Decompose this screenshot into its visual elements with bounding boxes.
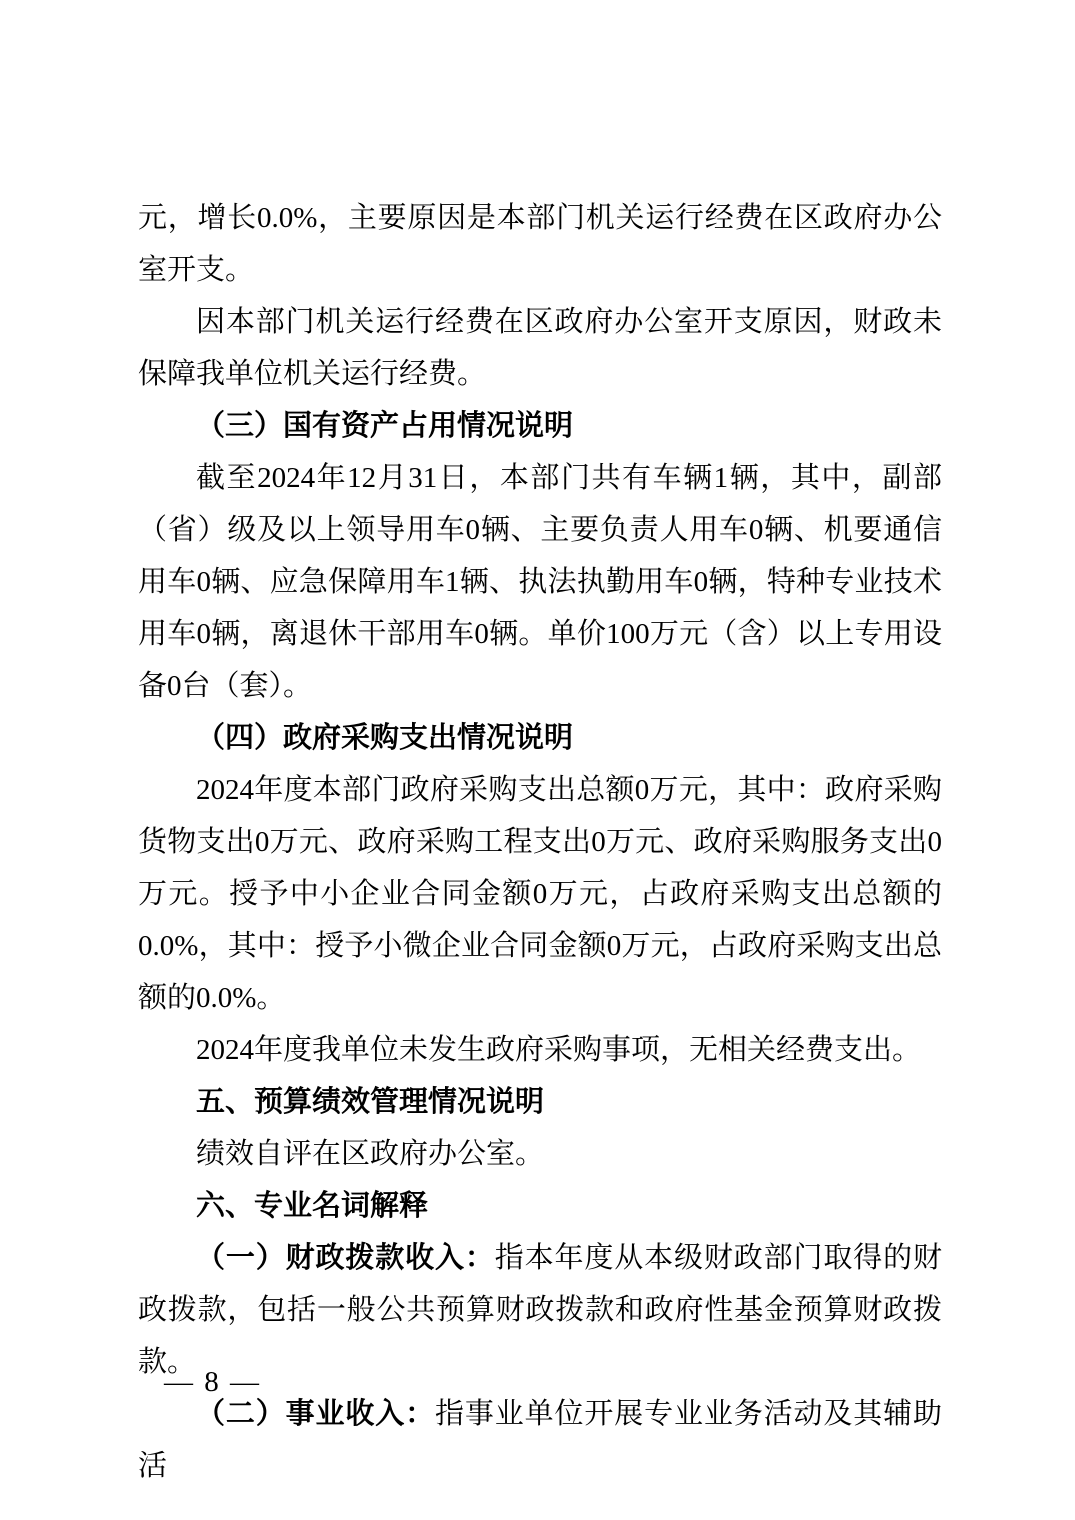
- paragraph-performance-self-evaluation: 绩效自评在区政府办公室。: [138, 1128, 942, 1180]
- paragraph-vehicles-equipment: 截至2024年12月31日，本部门共有车辆1辆，其中，副部（省）级及以上领导用车…: [138, 452, 942, 712]
- paragraph-procurement-amounts: 2024年度本部门政府采购支出总额0万元，其中：政府采购货物支出0万元、政府采购…: [138, 764, 942, 1024]
- paragraph-no-procurement: 2024年度我单位未发生政府采购事项，无相关经费支出。: [138, 1024, 942, 1076]
- heading-section-6-glossary: 六、专业名词解释: [138, 1180, 942, 1232]
- heading-section-3-state-assets: （三）国有资产占用情况说明: [138, 400, 942, 452]
- term-label-operational-income: （二）事业收入：: [196, 1398, 435, 1430]
- page-number: — 8 —: [164, 1366, 261, 1398]
- paragraph-operating-funds-reason: 因本部门机关运行经费在区政府办公室开支原因，财政未保障我单位机关运行经费。: [138, 296, 942, 400]
- heading-section-4-procurement: （四）政府采购支出情况说明: [138, 712, 942, 764]
- heading-section-5-performance: 五、预算绩效管理情况说明: [138, 1076, 942, 1128]
- document-page: 元，增长0.0%，主要原因是本部门机关运行经费在区政府办公室开支。 因本部门机关…: [0, 0, 1075, 1520]
- paragraph-operating-funds-continuation: 元，增长0.0%，主要原因是本部门机关运行经费在区政府办公室开支。: [138, 192, 942, 296]
- term-label-fiscal-appropriation-income: （一）财政拨款收入：: [196, 1242, 495, 1274]
- paragraph-term-operational-income: （二）事业收入：指事业单位开展专业业务活动及其辅助活: [138, 1388, 942, 1492]
- page-footer: — 8 —: [164, 1362, 261, 1402]
- page-body: 元，增长0.0%，主要原因是本部门机关运行经费在区政府办公室开支。 因本部门机关…: [138, 192, 942, 1492]
